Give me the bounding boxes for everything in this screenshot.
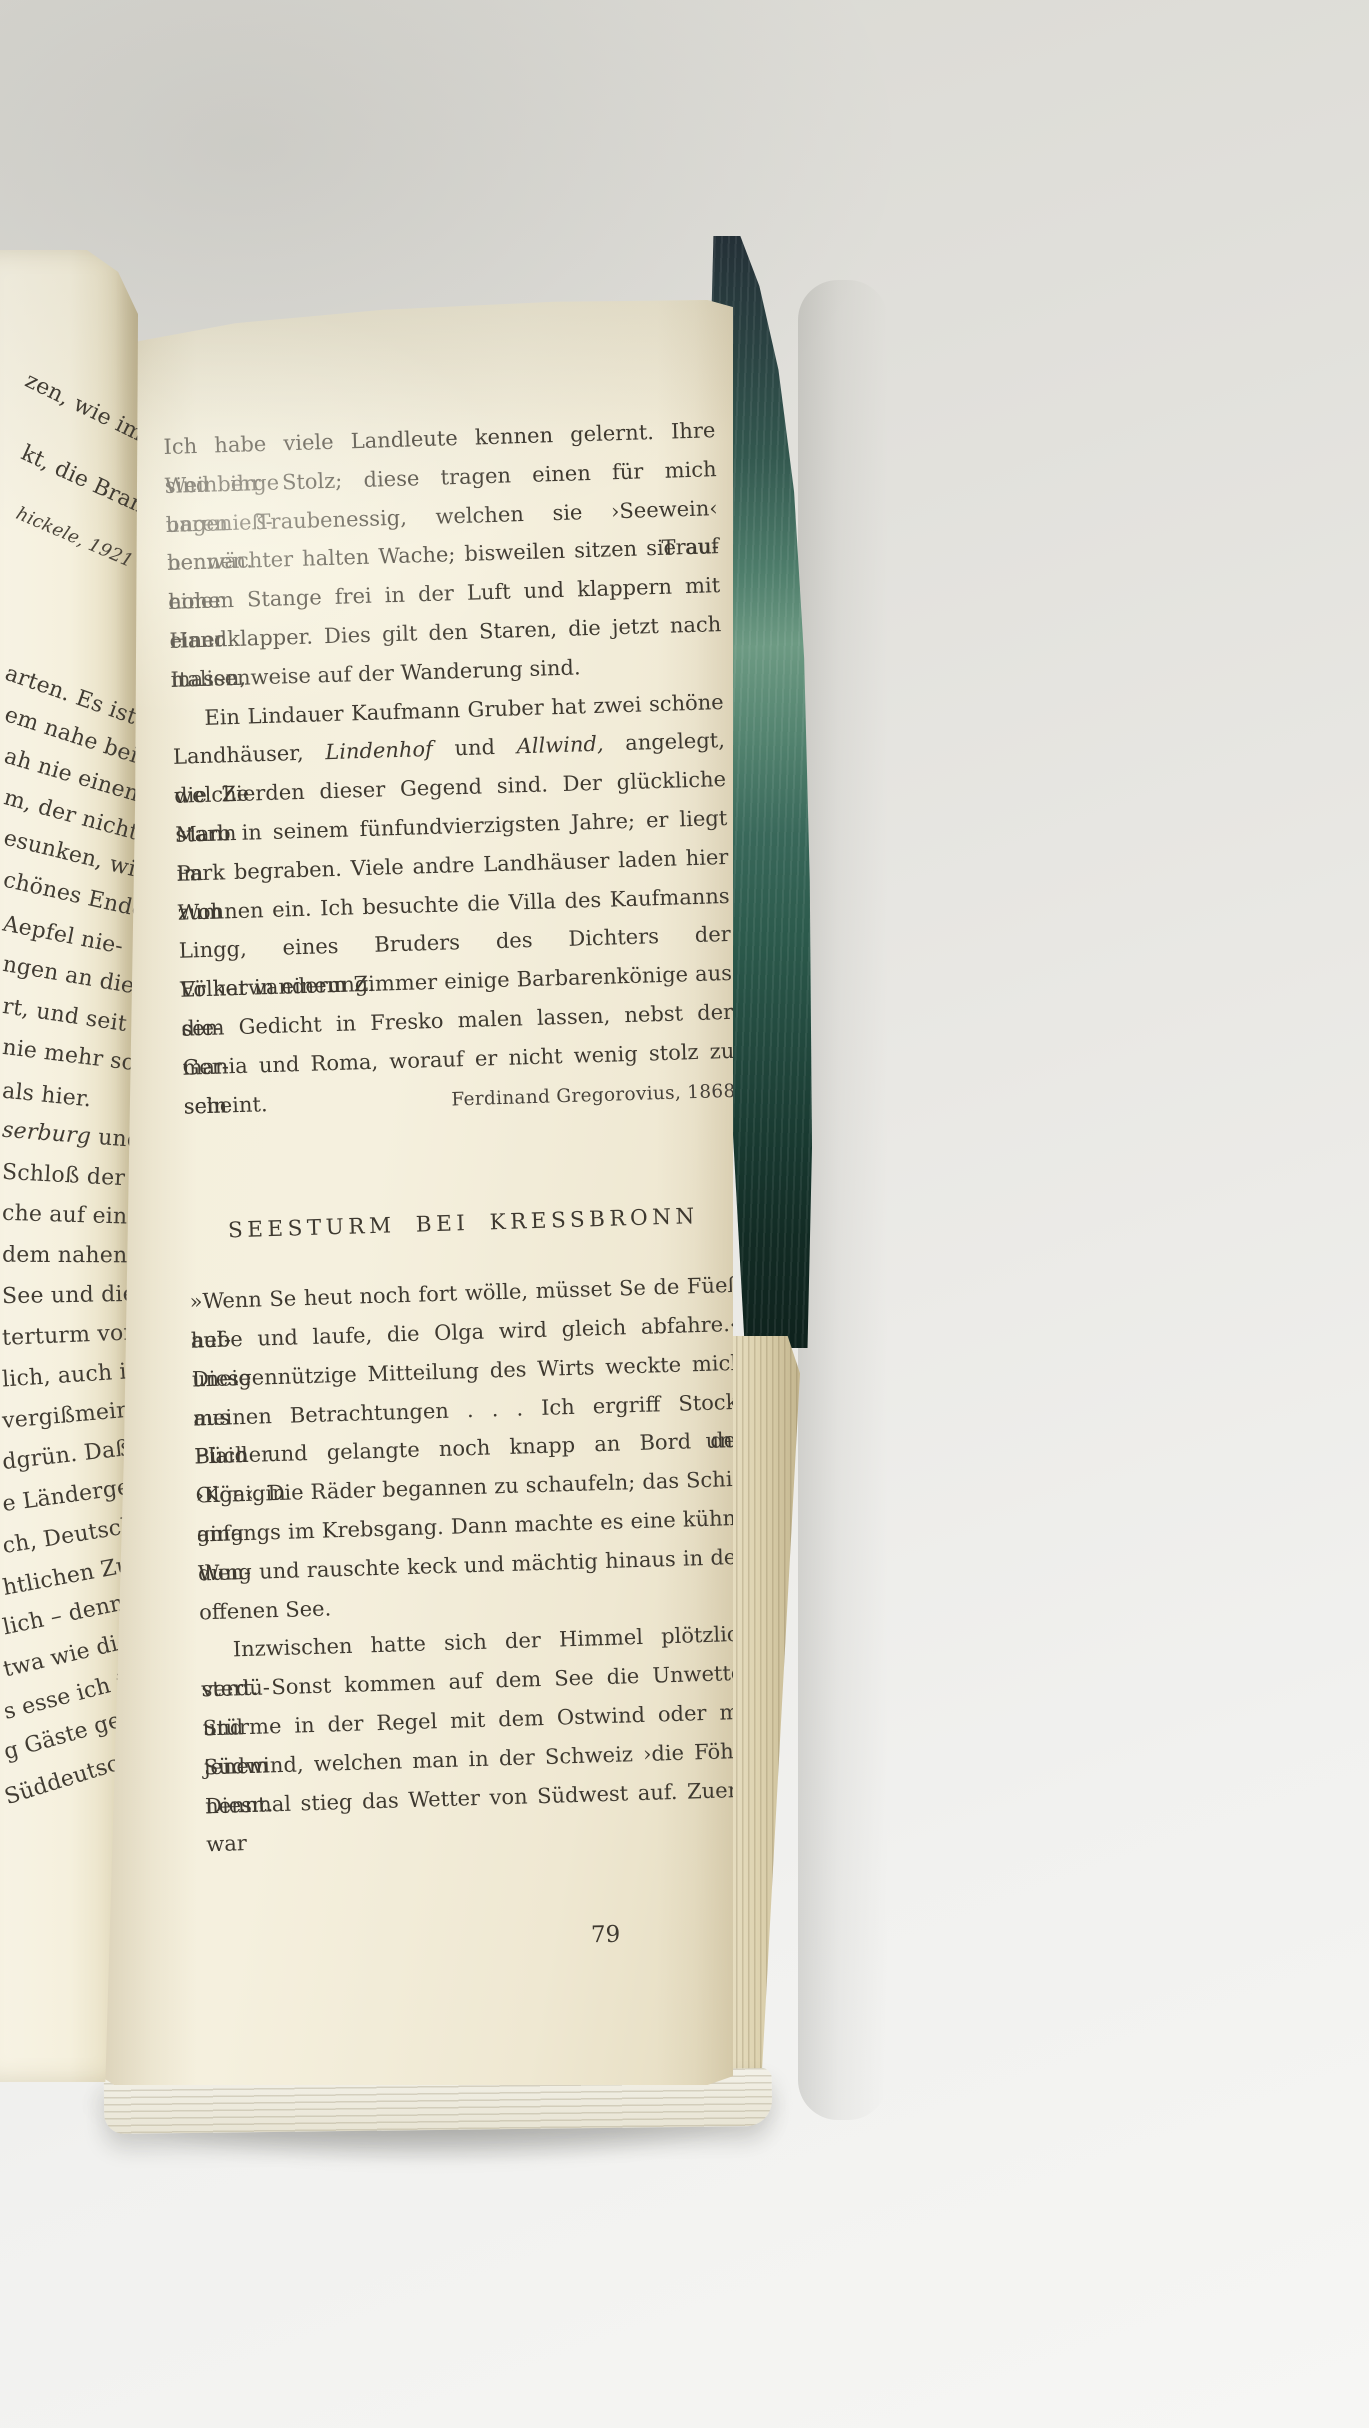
paragraph: »Wenn Se heut noch fort wölle, müsset Se… (189, 1266, 751, 1632)
page-text-block: Ich habe viele Landleute kennen gelernt.… (163, 411, 757, 1826)
page-number: 79 (591, 1922, 621, 1949)
left-page-line-fragment: hickele, 1921 (13, 503, 136, 572)
attribution: Ferdinand Gregorovius, 1868 (451, 1072, 736, 1119)
paragraph: Inzwischen hatte sich der Himmel plötzli… (200, 1615, 758, 1826)
left-page-line-fragment: Aepfel nie- (1, 911, 126, 959)
left-page-line-fragment: dgrün. Daß (1, 1436, 131, 1475)
left-page-line-fragment: als hier. (1, 1079, 93, 1113)
left-page-line-fragment: ngen an die (1, 952, 136, 999)
left-page-line-fragment: lich, auch in (1, 1359, 141, 1393)
left-page-line-fragment: e Länderge- (1, 1474, 139, 1517)
paragraph: Ein Lindauer Kaufmann Gruber hat zwei sc… (171, 683, 736, 1126)
left-page-line-fragment: rt, und seit (1, 994, 129, 1037)
right-book-page: Ich habe viele Landleute kennen gelernt.… (95, 300, 733, 2085)
left-page-line-fragment: dem nahen (2, 1243, 128, 1269)
paragraph: Ich habe viele Landleute kennen gelernt.… (163, 411, 723, 699)
text-line: offenen See. (199, 1589, 332, 1632)
text-line: scheint. (183, 1085, 268, 1126)
book-photo-scene: Ich habe viele Landleute kennen gelernt.… (0, 0, 1369, 2428)
left-page-line-fragment: nie mehr so (1, 1035, 137, 1076)
left-page-line-fragment: serburg und (1, 1118, 142, 1154)
left-page-line-fragment: terturm von (2, 1320, 139, 1351)
left-page-line-fragment: See und die (2, 1282, 136, 1309)
book-right-shadow (798, 280, 888, 2120)
left-page-line-fragment: vergißmein- (1, 1397, 139, 1434)
left-page-line-fragment: Schloß der (1, 1160, 125, 1191)
section-heading: SEESTURM BEI KRESSBRONN (187, 1197, 740, 1253)
left-page-line-fragment: zen, wie im (21, 368, 148, 447)
